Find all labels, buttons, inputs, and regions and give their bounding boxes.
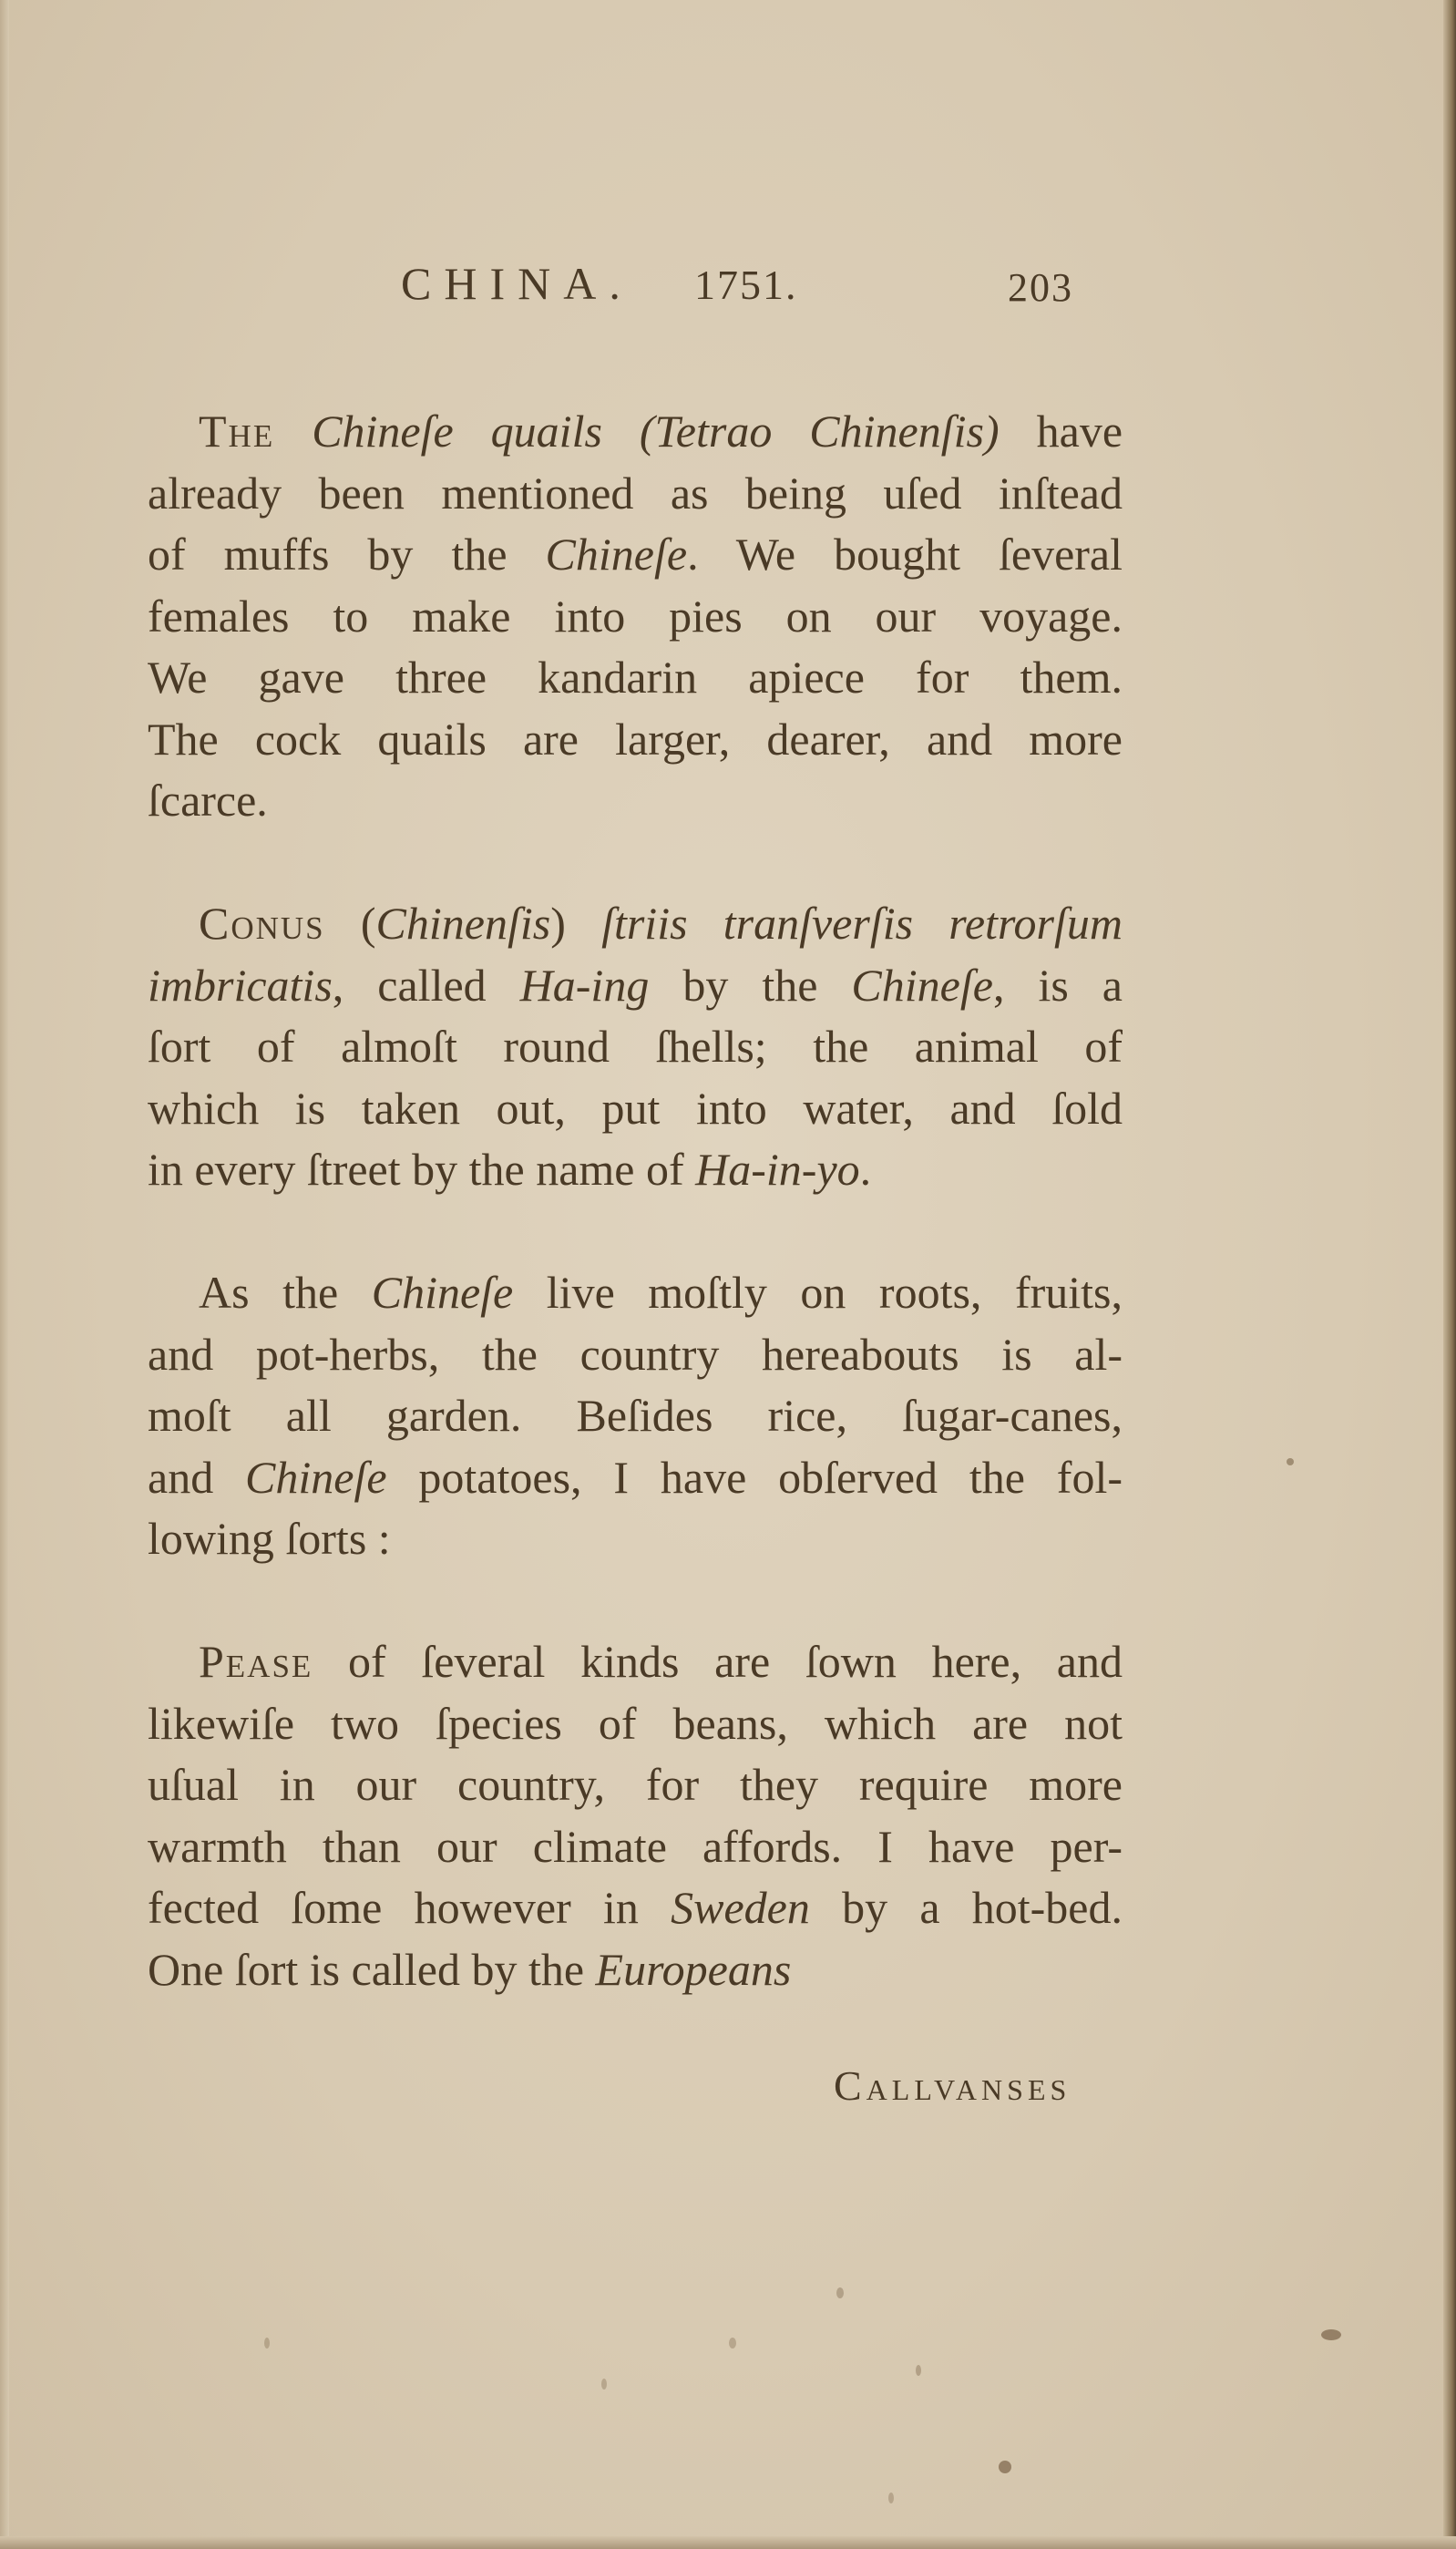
italic-term: Chineſe quails (Tetrao Chinenſis) xyxy=(312,406,999,457)
text-run: , is a xyxy=(993,960,1123,1011)
paper-speck xyxy=(1287,1458,1294,1465)
text-line: fected ſome however in Sweden by a hot-b… xyxy=(148,1877,1123,1939)
text-line: and pot-herbs, the country hereabouts is… xyxy=(148,1324,1123,1386)
paper-speck xyxy=(836,2287,844,2298)
text-line: and Chineſe potatoes, I have obſerved th… xyxy=(148,1447,1123,1509)
paper-speck xyxy=(999,2461,1011,2473)
text-line: imbricatis, called Ha-ing by the Chineſe… xyxy=(148,955,1123,1017)
text-run: in every ſtreet by the name of xyxy=(148,1144,695,1195)
text-run: have xyxy=(1000,406,1123,457)
paper-speck xyxy=(916,2365,921,2376)
text-run: potatoes, I have obſerved the fol- xyxy=(387,1452,1123,1503)
text-run: . xyxy=(860,1144,872,1195)
italic-term: Chineſe xyxy=(546,529,688,580)
text-run: live moſtly on roots, fruits, xyxy=(513,1267,1123,1318)
text-run: As the xyxy=(199,1267,372,1318)
text-line: females to make into pies on our voyage. xyxy=(148,586,1123,648)
text-line: of muffs by the Chineſe. We bought ſever… xyxy=(148,524,1123,586)
paper-speck xyxy=(729,2338,736,2349)
text-line: The Chineſe quails (Tetrao Chinenſis) ha… xyxy=(148,401,1123,463)
lead-word: Conus xyxy=(199,898,325,949)
paper-speck xyxy=(888,2492,894,2503)
text-line: warmth than our climate affords. I have … xyxy=(148,1816,1123,1878)
text-line: uſual in our country, for they require m… xyxy=(148,1754,1123,1816)
catchword: Callvanses xyxy=(834,2061,1071,2110)
text-line: We gave three kandarin apiece for them. xyxy=(148,647,1123,709)
page-number: 203 xyxy=(1008,264,1073,311)
running-head-year: 1751. xyxy=(694,261,798,309)
text-line: Conus (Chinenſis) ſtriis tranſverſis ret… xyxy=(148,893,1123,955)
lead-word: Pease xyxy=(199,1636,313,1687)
text-line: in every ſtreet by the name of Ha-in-yo. xyxy=(148,1139,1123,1201)
text-line: likewiſe two ſpecies of beans, which are… xyxy=(148,1693,1123,1755)
italic-term: Ha-ing xyxy=(520,960,650,1011)
book-page: CHINA. 1751. 203 The Chineſe quails (Tet… xyxy=(0,0,1456,2549)
italic-term: Ha-in-yo xyxy=(695,1144,860,1195)
text-run: One ſort is called by the xyxy=(148,1944,596,1995)
space xyxy=(274,406,312,457)
lead-word: The xyxy=(199,406,274,457)
text-line: which is taken out, put into water, and … xyxy=(148,1078,1123,1140)
paper-speck xyxy=(1321,2329,1341,2340)
text-run: ) xyxy=(550,898,601,949)
paper-speck xyxy=(601,2379,607,2390)
text-run: by a hot-bed. xyxy=(810,1882,1123,1933)
text-line: One ſort is called by the Europeans xyxy=(148,1939,1123,2001)
paragraph-garden: As the Chineſe live moſtly on roots, fru… xyxy=(148,1262,1123,1570)
page-right-edge xyxy=(1443,0,1456,2549)
text-run: by the xyxy=(649,960,851,1011)
paper-speck xyxy=(264,2338,270,2349)
paragraph-pease: Pease of ſeveral kinds are ſown here, an… xyxy=(148,1631,1123,2000)
paragraph-conus: Conus (Chinenſis) ſtriis tranſverſis ret… xyxy=(148,893,1123,1201)
text-line: As the Chineſe live moſtly on roots, fru… xyxy=(148,1262,1123,1324)
text-line: moſt all garden. Beſides rice, ſugar-can… xyxy=(148,1385,1123,1447)
text-run: fected ſome however in xyxy=(148,1882,671,1933)
italic-term: Chineſe xyxy=(851,960,993,1011)
text-line: ſcarce. xyxy=(148,770,1123,832)
text-line: already been mentioned as being uſed inſ… xyxy=(148,463,1123,525)
paragraph-quails: The Chineſe quails (Tetrao Chinenſis) ha… xyxy=(148,401,1123,832)
text-run: . We bought ſeveral xyxy=(687,529,1123,580)
text-run: of ſeveral kinds are ſown here, and xyxy=(313,1636,1123,1687)
italic-term: Chineſe xyxy=(245,1452,387,1503)
text-line: ſort of almoſt round ſhells; the animal … xyxy=(148,1016,1123,1078)
italic-term: Chineſe xyxy=(372,1267,514,1318)
running-head: CHINA. 1751. 203 xyxy=(401,257,1121,312)
text-line: Pease of ſeveral kinds are ſown here, an… xyxy=(148,1631,1123,1693)
text-line: The cock quails are larger, dearer, and … xyxy=(148,709,1123,771)
text-run: , called xyxy=(333,960,520,1011)
italic-term: Europeans xyxy=(596,1944,792,1995)
text-run: of muffs by the xyxy=(148,529,546,580)
text-run: ( xyxy=(325,898,376,949)
italic-term: ſtriis tranſverſis retrorſum xyxy=(601,898,1123,949)
text-run: and xyxy=(148,1452,245,1503)
italic-term: Chinenſis xyxy=(376,898,551,949)
italic-term: imbricatis xyxy=(148,960,333,1011)
running-head-title: CHINA. xyxy=(401,257,633,310)
text-line: lowing ſorts : xyxy=(148,1508,1123,1570)
page-bottom-edge xyxy=(0,2536,1456,2549)
italic-term: Sweden xyxy=(671,1882,810,1933)
page-left-edge xyxy=(0,0,9,2549)
